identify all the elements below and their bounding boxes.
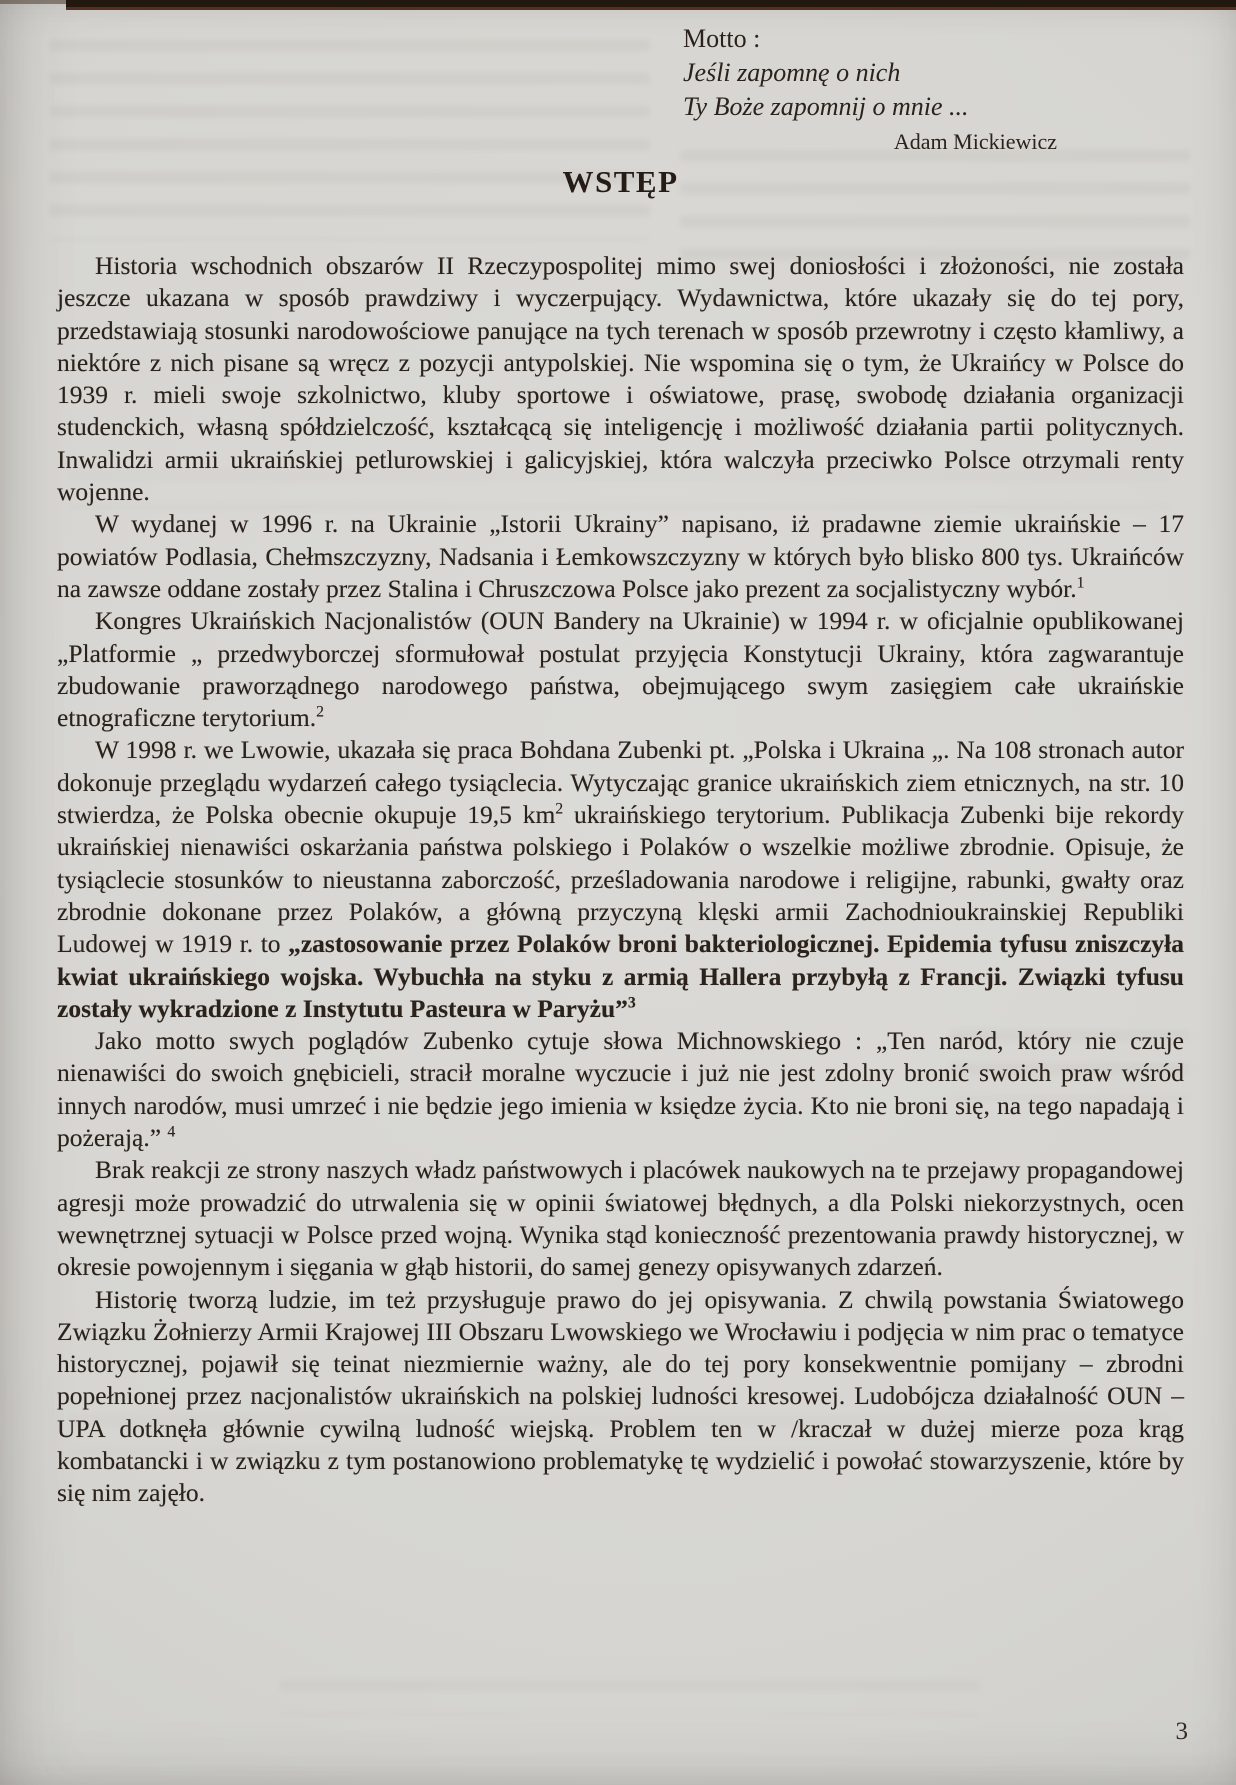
bleed-through-texture xyxy=(280,1680,980,1716)
motto-label: Motto : xyxy=(683,22,1063,56)
paragraph: W wydanej w 1996 r. na Ukrainie „Istorii… xyxy=(57,508,1184,605)
scan-edge-bar xyxy=(66,0,1236,10)
paragraph: Jako motto swych poglądów Zubenko cytuje… xyxy=(57,1025,1184,1154)
paragraph: Brak reakcji ze strony naszych władz pań… xyxy=(57,1154,1184,1283)
bleed-through-texture xyxy=(50,40,650,240)
body-paragraphs: Historia wschodnich obszarów II Rzeczypo… xyxy=(57,250,1184,1510)
scanned-book-page: Motto : Jeśli zapomnę o nich Ty Boże zap… xyxy=(0,0,1236,1785)
motto-line-2: Ty Boże zapomnij o mnie ... xyxy=(683,90,1063,124)
paragraph: W 1998 r. we Lwowie, ukazała się praca B… xyxy=(57,734,1184,1025)
paragraph: Historia wschodnich obszarów II Rzeczypo… xyxy=(57,250,1184,508)
motto-author: Adam Mickiewicz xyxy=(683,128,1063,156)
paragraph: Kongres Ukraińskich Nacjonalistów (OUN B… xyxy=(57,605,1184,734)
scan-edge-bar-left xyxy=(0,0,66,4)
paragraph: Historię tworzą ludzie, im też przysługu… xyxy=(57,1284,1184,1510)
chapter-title: WSTĘP xyxy=(57,164,1184,200)
page-number: 3 xyxy=(1176,1718,1189,1746)
motto-block: Motto : Jeśli zapomnę o nich Ty Boże zap… xyxy=(683,22,1063,156)
motto-line-1: Jeśli zapomnę o nich xyxy=(683,56,1063,90)
